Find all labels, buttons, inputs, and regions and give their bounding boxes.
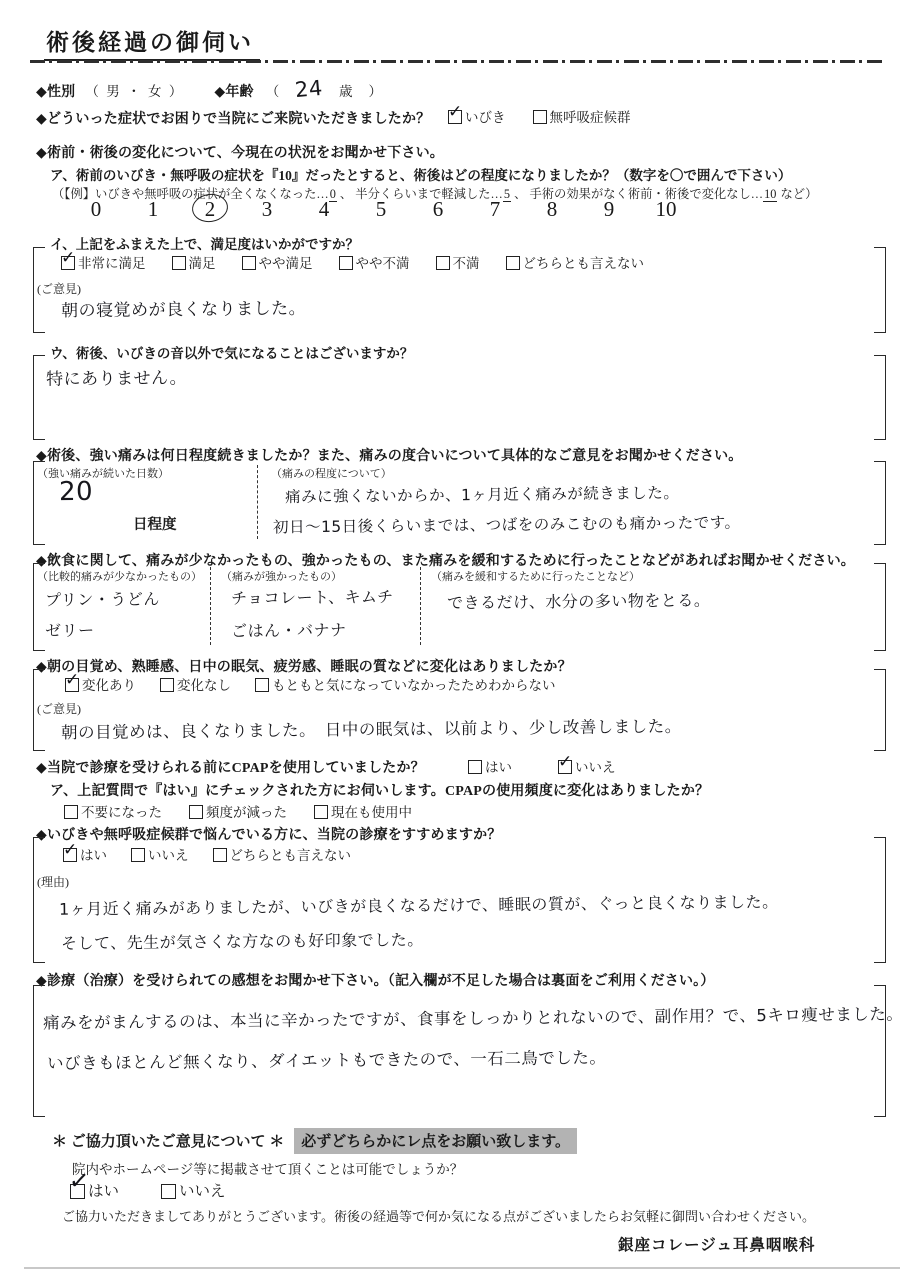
example-suffix: など） xyxy=(777,187,817,201)
column-divider xyxy=(257,465,258,539)
checkbox-label: どちらとも言えない xyxy=(230,844,352,864)
scale-number-2-circled: 2 xyxy=(198,197,222,222)
checkbox-icon xyxy=(160,678,174,692)
checkbox-label: 不満 xyxy=(453,252,480,272)
checkbox-icon xyxy=(468,760,482,774)
column-divider xyxy=(420,567,421,645)
cpap-options: はい いいえ xyxy=(468,756,616,776)
checkbox-icon xyxy=(448,110,462,124)
other-concerns-answer-handwritten: 特にありません。 xyxy=(46,363,187,389)
checkbox-option-ibiki: いびき xyxy=(448,106,506,126)
checkbox-label: はい xyxy=(485,756,512,776)
other-concerns-answer-box: 特にありません。 xyxy=(33,355,886,440)
publish-question: 院内やホームページ等に掲載させて頂くことは可能でしょうか？ xyxy=(72,1158,463,1178)
impression-line1-handwritten: 痛みをがまんするのは、本当に辛かったですが、食事をしっかりとれないので、副作用？… xyxy=(43,1000,900,1033)
gender-options: （ 男 ・ 女 ） xyxy=(85,80,184,100)
checkbox-icon xyxy=(255,678,269,692)
checkbox-icon xyxy=(131,848,145,862)
pain-days-value-handwritten: 20 xyxy=(59,477,93,507)
food-less-pain-label: （比較的痛みが少なかったもの） xyxy=(37,568,202,584)
sleep-quality-answer-box: 変化あり 変化なし もともと気になっていなかったためわからない (ご意見) 朝の… xyxy=(33,669,886,751)
checkbox-icon xyxy=(70,1184,85,1199)
checkbox-icon xyxy=(161,1184,176,1199)
scale-number-1: 1 xyxy=(141,197,165,222)
food-more-pain-label: （痛みが強かったもの） xyxy=(221,568,342,584)
impression-line2-handwritten: いびきもほとんど無くなり、ダイエットもできたので、一石二鳥でした。 xyxy=(47,1044,607,1074)
consent-heading: ＊ ご協力頂いたご意見について ＊ 必ずどちらかにレ点をお願い致します。 xyxy=(52,1128,577,1154)
clinic-name: 銀座コレージュ耳鼻咽喉科 xyxy=(618,1233,815,1255)
example-value-10: 10 xyxy=(763,187,777,202)
food-less-pain-line1-handwritten: プリン・うどん xyxy=(45,586,160,610)
symptom-question: ◆どういった症状でお困りで当院にご来院いただきましたか？ xyxy=(36,108,430,128)
checkbox-icon xyxy=(314,805,328,819)
comment-label: (ご意見) xyxy=(37,700,81,717)
checkbox-label: 非常に満足 xyxy=(78,252,146,272)
checkbox-icon xyxy=(64,805,78,819)
checkbox-label: 無呼吸症候群 xyxy=(550,106,631,126)
checkbox-icon xyxy=(533,110,547,124)
checkbox-label: はい xyxy=(88,1179,119,1201)
scan-edge-line xyxy=(24,1267,900,1269)
checkbox-label: 頻度が減った xyxy=(206,801,287,821)
checkbox-icon xyxy=(172,256,186,270)
scale-number-8: 8 xyxy=(540,197,564,222)
food-more-pain-line2-handwritten: ごはん・バナナ xyxy=(231,617,347,641)
checkbox-icon xyxy=(63,848,77,862)
sleep-quality-comment-handwritten: 朝の目覚めは、良くなりました。 日中の眠気は、以前より、少し改善しました。 xyxy=(61,713,682,743)
page-title: 術後経過の御伺い xyxy=(44,30,260,61)
recommend-reason-line2-handwritten: そして、先生が気さくな方なのも好印象でした。 xyxy=(61,927,424,954)
severity-scale: 0 1 2 3 4 5 6 7 8 9 10 xyxy=(84,197,678,222)
checkbox-option-mukokyu: 無呼吸症候群 xyxy=(533,106,631,126)
profile-row: ◆性別 （ 男 ・ 女 ） ◆年齢 （ 24 歳 ） xyxy=(36,77,382,101)
checkbox-label: 現在も使用中 xyxy=(331,801,412,821)
scale-number-9: 9 xyxy=(597,197,621,222)
food-relief-line1-handwritten: できるだけ、水分の多い物をとる。 xyxy=(447,588,711,614)
age-label: ◆年齢 xyxy=(214,81,253,101)
column-divider xyxy=(210,567,211,645)
checkbox-label: 変化なし xyxy=(177,674,231,694)
checkbox-label: やや不満 xyxy=(356,252,410,272)
food-more-pain-line1-handwritten: チョコレート、キムチ xyxy=(231,584,394,609)
checkbox-icon xyxy=(65,678,79,692)
consent-heading-prefix: ＊ ご協力頂いたご意見について ＊ xyxy=(52,1130,284,1151)
dash-dot-divider xyxy=(30,60,882,63)
symptom-options: いびき 無呼吸症候群 xyxy=(448,106,631,126)
checkbox-label: 満足 xyxy=(189,252,216,272)
thanks-note: ご協力いただきましてありがとうございます。術後の経過等で何か気になる点がございま… xyxy=(62,1206,815,1225)
checkbox-label: いいえ xyxy=(179,1179,226,1201)
pain-days-unit: 日程度 xyxy=(133,513,177,534)
scale-number-10: 10 xyxy=(654,197,678,222)
scale-number-5: 5 xyxy=(369,197,393,222)
sleep-quality-options: 変化あり 変化なし もともと気になっていなかったためわからない xyxy=(65,674,556,694)
gender-label: ◆性別 xyxy=(36,81,75,101)
pain-answer-box: （強い痛みが続いた日数） 20 日程度 （痛みの程度について） 痛みに強くないか… xyxy=(33,461,886,545)
food-less-pain-line2-handwritten: ゼリー xyxy=(45,618,95,642)
pain-degree-line2-handwritten: 初日〜15日後くらいまでは、つばをのみこむのも痛かったです。 xyxy=(273,511,741,538)
age-unit: 歳 xyxy=(339,80,353,100)
checkbox-icon xyxy=(506,256,520,270)
pain-degree-label: （痛みの程度について） xyxy=(271,465,392,481)
checkbox-label: 不要になった xyxy=(81,801,162,821)
recommend-answer-box: はい いいえ どちらとも言えない (理由) 1ヶ月近く痛みがありましたが、いびき… xyxy=(33,837,886,963)
scale-number-3: 3 xyxy=(255,197,279,222)
satisfaction-answer-box: 非常に満足 満足 やや満足 やや不満 不満 どちらとも言えない (ご意見) 朝の… xyxy=(33,247,886,333)
age-paren-open: （ xyxy=(266,80,280,100)
cpap-question: ◆当院で診療を受けられる前にCPAPを使用していましたか？ xyxy=(36,757,425,777)
checkbox-label: やや満足 xyxy=(259,252,313,272)
checkbox-icon xyxy=(189,805,203,819)
checkbox-label: いびき xyxy=(465,106,506,126)
satisfaction-options: 非常に満足 満足 やや満足 やや不満 不満 どちらとも言えない xyxy=(61,252,644,272)
checkbox-label: どちらとも言えない xyxy=(523,252,645,272)
reason-label: (理由) xyxy=(37,873,69,890)
checkbox-label: はい xyxy=(80,844,107,864)
checkbox-icon xyxy=(436,256,450,270)
recommend-reason-line1-handwritten: 1ヶ月近く痛みがありましたが、いびきが良くなるだけで、睡眠の質が、ぐっと良くなり… xyxy=(59,889,779,920)
food-relief-label: （痛みを緩和するために行ったことなど） xyxy=(431,568,640,584)
impression-answer-box: 痛みをがまんするのは、本当に辛かったですが、食事をしっかりとれないので、副作用？… xyxy=(33,985,886,1117)
checkbox-label: もともと気になっていなかったためわからない xyxy=(272,674,556,694)
cpap-sub-question: ア、上記質問で『はい』にチェックされた方にお伺いします。CPAPの使用頻度に変化… xyxy=(50,780,709,800)
pain-days-label: （強い痛みが続いた日数） xyxy=(37,465,169,481)
pain-degree-line1-handwritten: 痛みに強くないからか、1ヶ月近く痛みが続きました。 xyxy=(285,481,680,507)
scale-number-0: 0 xyxy=(84,197,108,222)
checkbox-label: いいえ xyxy=(148,844,189,864)
scanned-questionnaire-page: 術後経過の御伺い ◆性別 （ 男 ・ 女 ） ◆年齢 （ 24 歳 ） ◆どうい… xyxy=(0,0,900,1273)
checkbox-icon xyxy=(558,760,572,774)
checkbox-icon xyxy=(61,256,75,270)
food-answer-box: （比較的痛みが少なかったもの） プリン・うどん ゼリー （痛みが強かったもの） … xyxy=(33,563,886,651)
recommend-options: はい いいえ どちらとも言えない xyxy=(63,844,351,864)
checkbox-label: 変化あり xyxy=(82,674,136,694)
age-value-handwritten: 24 xyxy=(294,76,324,102)
scale-number-4: 4 xyxy=(312,197,336,222)
satisfaction-comment-handwritten: 朝の寝覚めが良くなりました。 xyxy=(61,294,306,322)
change-section-heading: ◆術前・術後の変化について、今現在の状況をお聞かせ下さい。 xyxy=(36,142,444,162)
checkbox-icon xyxy=(339,256,353,270)
age-paren-close: ） xyxy=(368,80,382,100)
checkbox-icon xyxy=(242,256,256,270)
checkbox-label: いいえ xyxy=(575,756,616,776)
publish-options: はい いいえ xyxy=(70,1179,226,1201)
consent-heading-highlight: 必ずどちらかにレ点をお願い致します。 xyxy=(294,1128,577,1154)
scale-number-6: 6 xyxy=(426,197,450,222)
scale-number-7: 7 xyxy=(483,197,507,222)
change-question-a: ア、術前のいびき・無呼吸の症状を『10』だったとすると、術後はどの程度になりまし… xyxy=(50,164,791,184)
comment-label: (ご意見) xyxy=(37,280,81,297)
checkbox-icon xyxy=(213,848,227,862)
cpap-sub-options: 不要になった 頻度が減った 現在も使用中 xyxy=(64,801,412,821)
